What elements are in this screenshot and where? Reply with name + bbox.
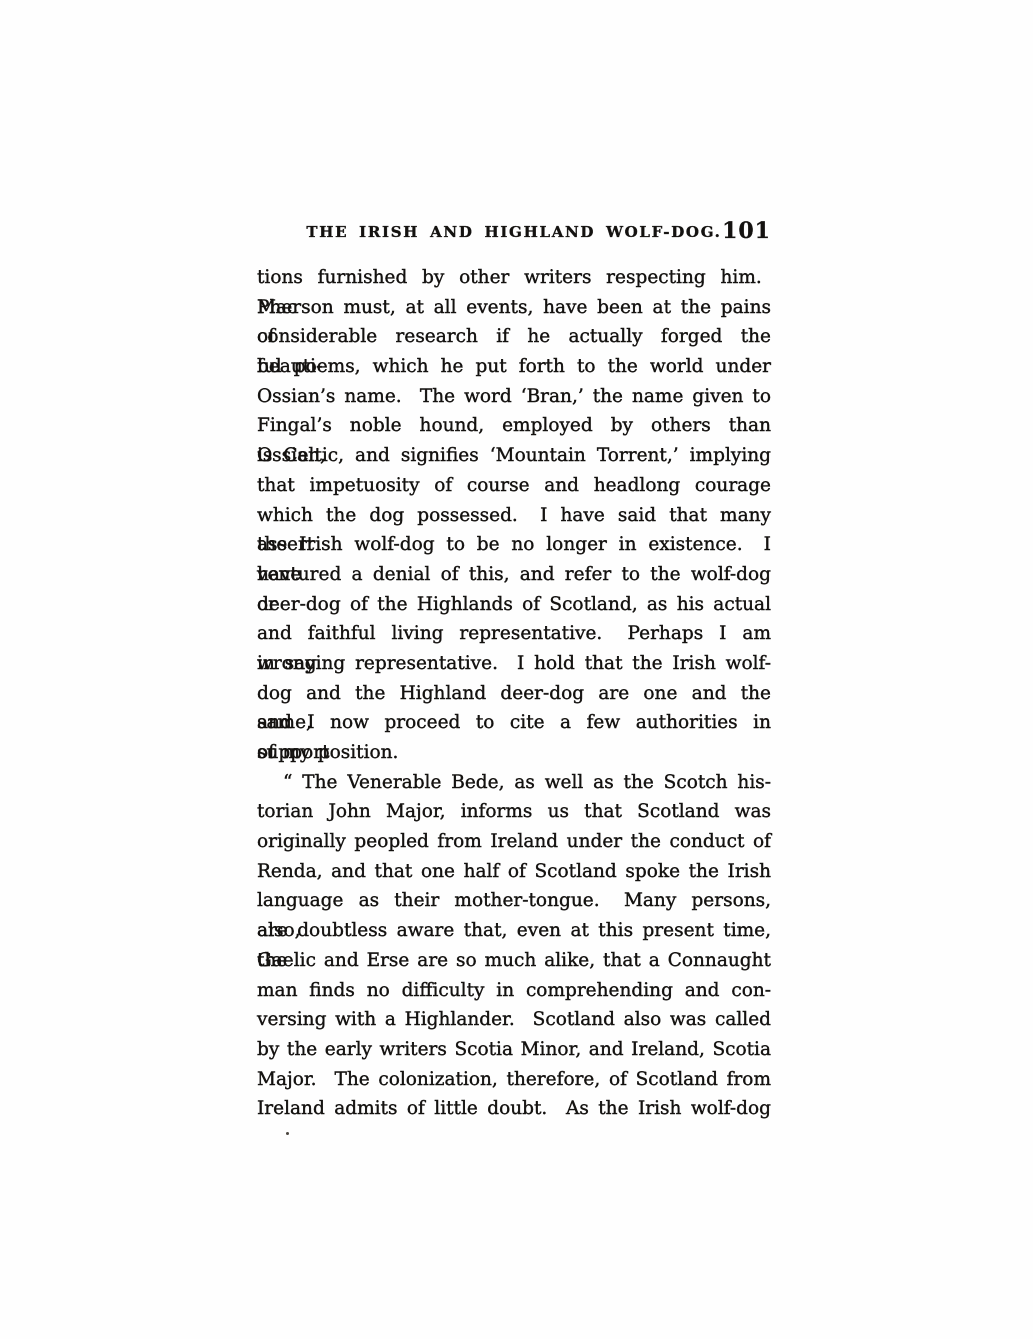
- text-line: Renda, and that one half of Scotland spo…: [257, 857, 771, 887]
- text-line: deer-dog of the Highlands of Scotland, a…: [257, 590, 771, 620]
- text-column: tions furnished by other writers respect…: [257, 263, 771, 1124]
- scanned-book-page: THE IRISH AND HIGHLAND WOLF-DOG. 101 tio…: [0, 0, 1033, 1339]
- text-line: tions furnished by other writers respect…: [257, 263, 771, 293]
- text-line: and I now proceed to cite a few authorit…: [257, 708, 771, 738]
- text-line-paragraph-start: “ The Venerable Bede, as well as the Sco…: [257, 768, 771, 798]
- text-line: by the early writers Scotia Minor, and I…: [257, 1035, 771, 1065]
- page-number: 101: [722, 218, 771, 244]
- text-line: that impetuosity of course and headlong …: [257, 471, 771, 501]
- text-line: the Irish wolf-dog to be no longer in ex…: [257, 530, 771, 560]
- text-line-paragraph-end: of my position.: [257, 738, 771, 768]
- text-line: Gaelic and Erse are so much alike, that …: [257, 946, 771, 976]
- running-head: THE IRISH AND HIGHLAND WOLF-DOG. 101: [257, 220, 771, 244]
- text-line: Fingal’s noble hound, employed by others…: [257, 411, 771, 441]
- text-line: torian John Major, informs us that Scotl…: [257, 797, 771, 827]
- text-line: man finds no difficulty in comprehending…: [257, 976, 771, 1006]
- text-line: considerable research if he actually for…: [257, 322, 771, 352]
- text-line: ful poems, which he put forth to the wor…: [257, 352, 771, 382]
- text-line: and faithful living representative. Perh…: [257, 619, 771, 649]
- text-line: ventured a denial of this, and refer to …: [257, 560, 771, 590]
- text-line: Ireland admits of little doubt. As the I…: [257, 1094, 771, 1124]
- text-line: are doubtless aware that, even at this p…: [257, 916, 771, 946]
- text-line: Pherson must, at all events, have been a…: [257, 293, 771, 323]
- text-line: dog and the Highland deer-dog are one an…: [257, 679, 771, 709]
- scan-speck: [286, 1132, 289, 1135]
- running-title: THE IRISH AND HIGHLAND WOLF-DOG.: [257, 223, 771, 241]
- text-line: which the dog possessed. I have said tha…: [257, 501, 771, 531]
- text-line: Major. The colonization, therefore, of S…: [257, 1065, 771, 1095]
- text-line: originally peopled from Ireland under th…: [257, 827, 771, 857]
- text-line: Ossian’s name. The word ‘Bran,’ the name…: [257, 382, 771, 412]
- text-line: language as their mother-tongue. Many pe…: [257, 886, 771, 916]
- text-line: versing with a Highlander. Scotland also…: [257, 1005, 771, 1035]
- text-line: in saying representative. I hold that th…: [257, 649, 771, 679]
- text-line: is Celtic, and signifies ‘Mountain Torre…: [257, 441, 771, 471]
